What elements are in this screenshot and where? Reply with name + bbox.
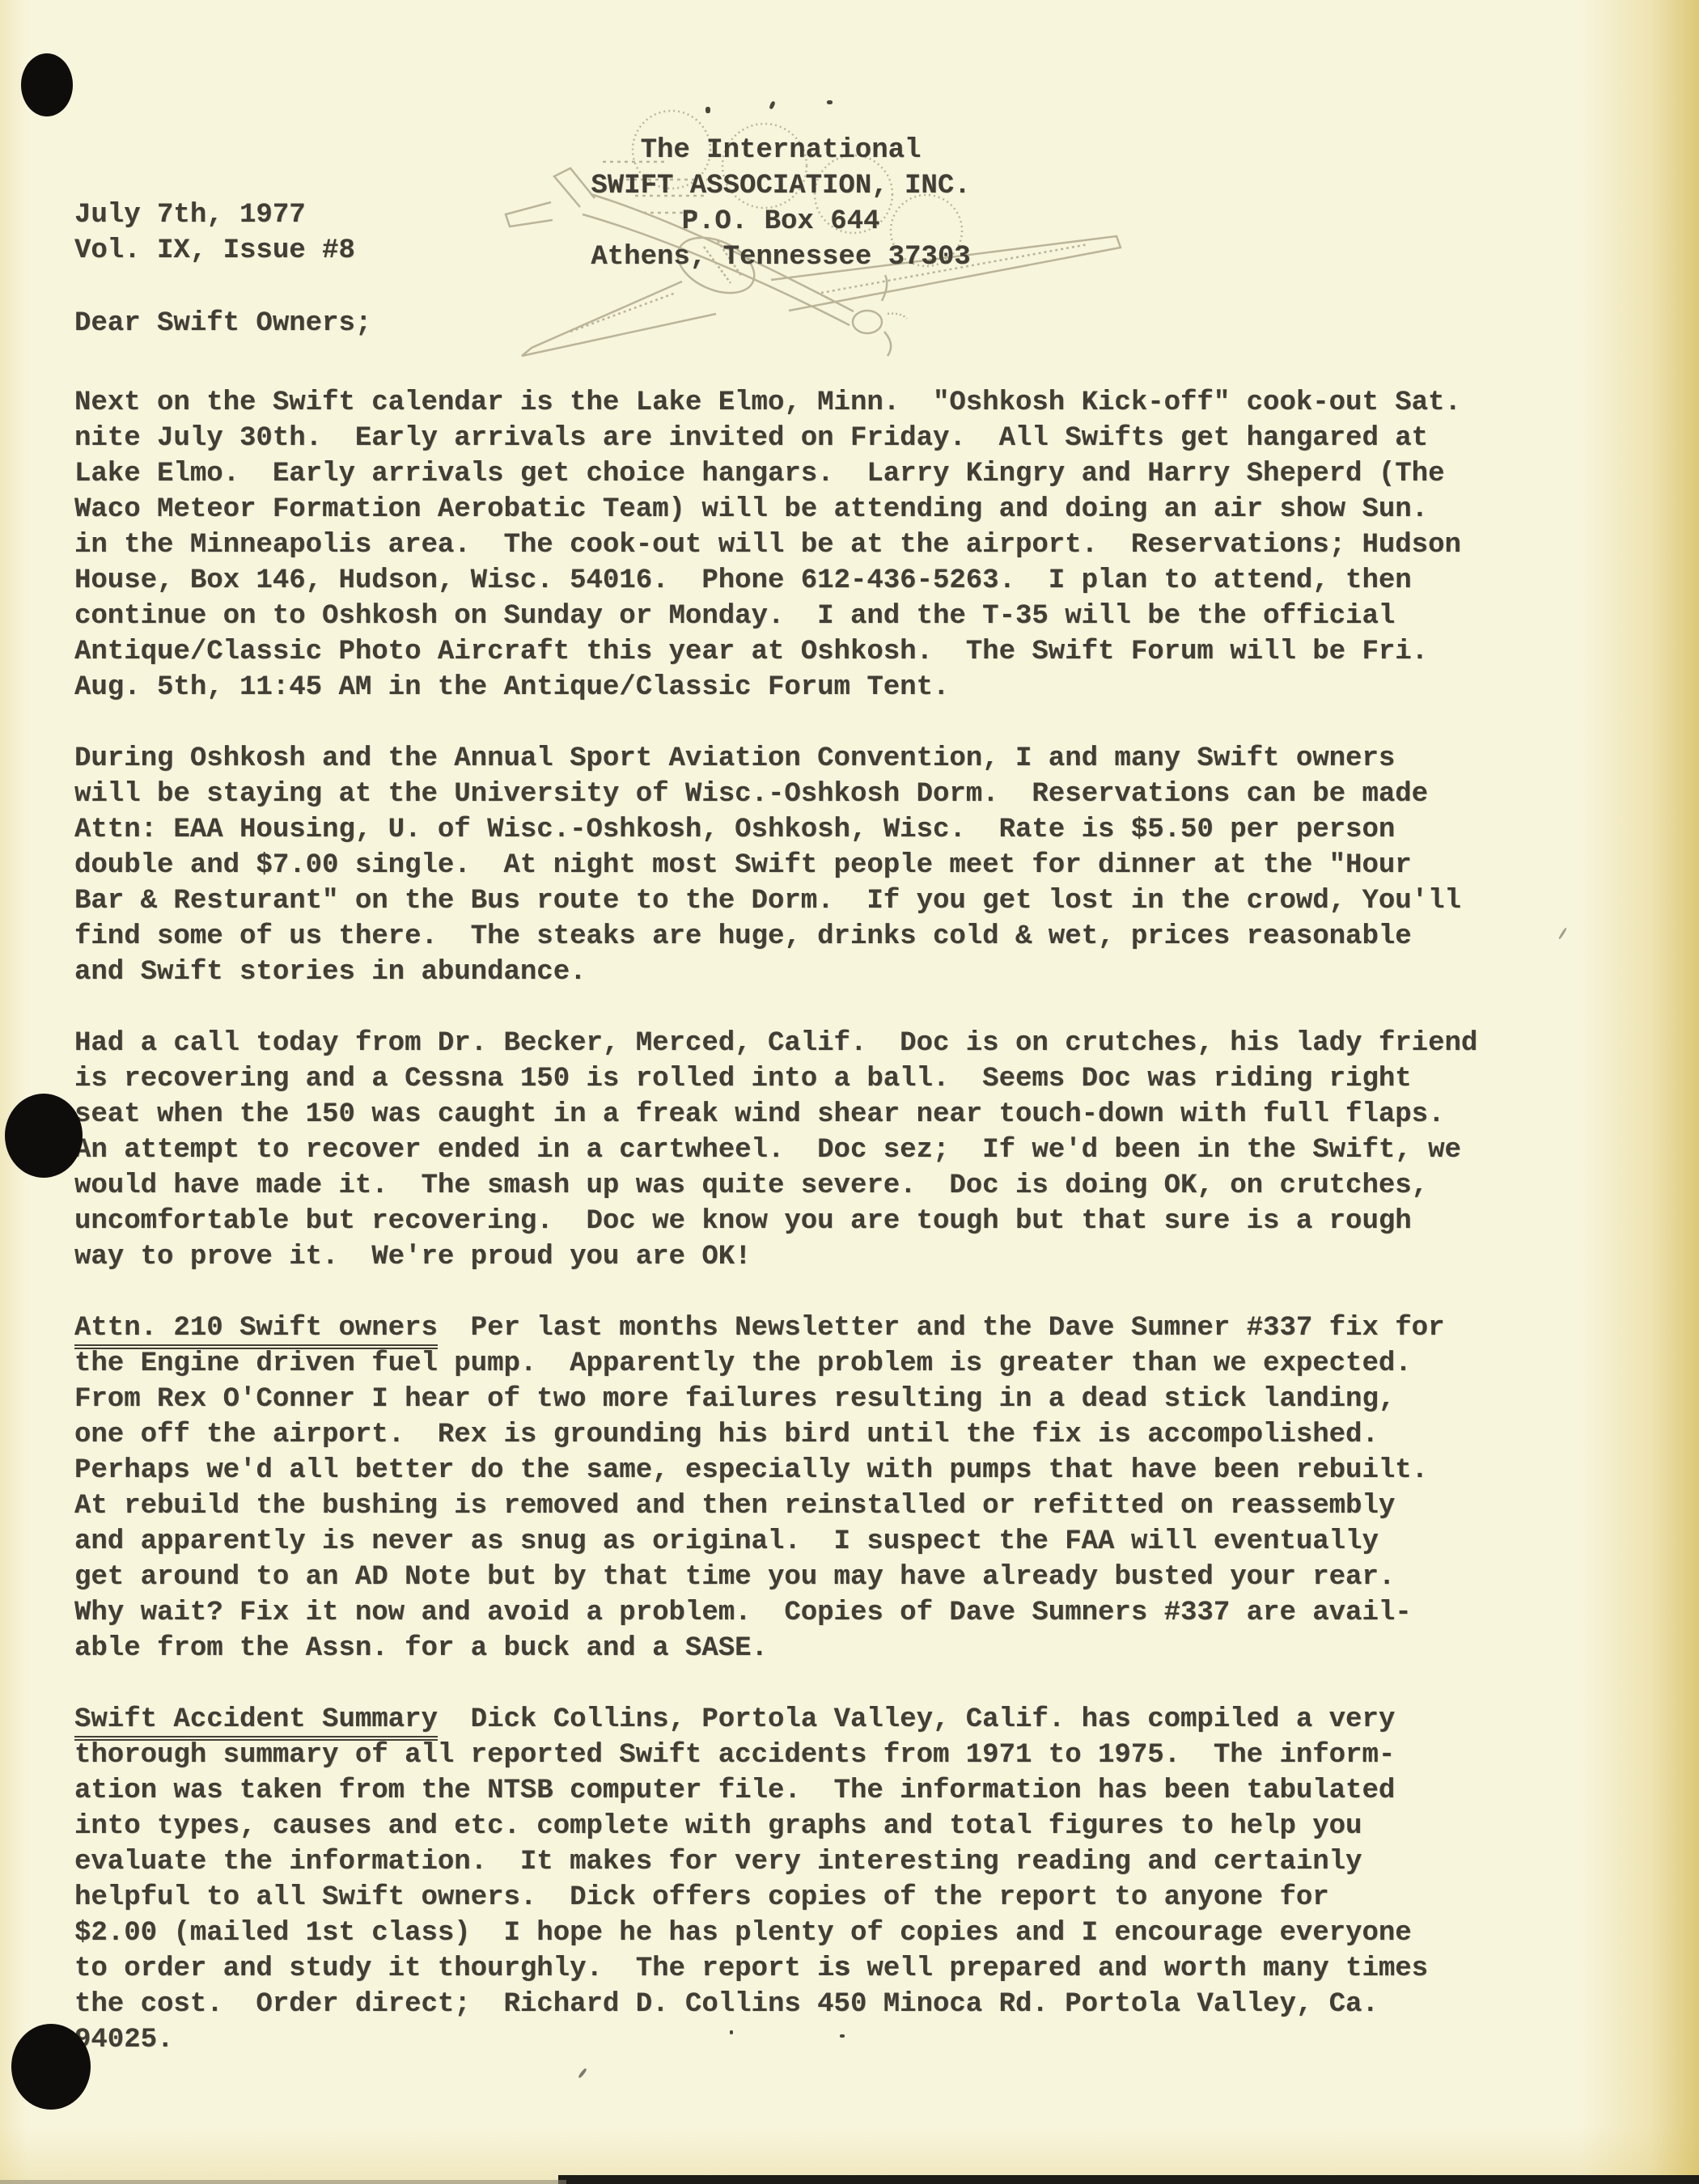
text-segment: 94025. [74,2025,173,2055]
ink-speck [827,100,833,104]
text-line: able from the Assn. for a buck and a SAS… [74,1631,1477,1666]
text-segment: well prepared and worth many times [850,1953,1428,1984]
text-segment: and apparently is never as snug as origi… [74,1526,1379,1557]
text-segment: Antique/Classic Photo Aircraft this year… [74,637,1428,667]
text-line: and Swift stories in abundance. [74,954,1477,990]
text-line: seat when the 150 was caught in a freak … [74,1097,1477,1132]
text-line: Perhaps we'd all better do the same, esp… [74,1453,1477,1488]
newsletter-page: July 7th, 1977 Vol. IX, Issue #8 The Int… [0,0,1699,2184]
text-line: thorough summary of all reported Swift a… [74,1737,1477,1773]
text-line: During Oshkosh and the Annual Sport Avia… [74,741,1477,777]
text-line: is recovering and a Cessna 150 is rolled… [74,1061,1477,1097]
text-segment: able from the Assn. for a buck and a SAS… [74,1633,768,1664]
text-segment: Attn: EAA Housing, U. of Wisc.-Oshkosh, … [74,815,1395,845]
text-segment: thorough summary of all reported Swift a… [74,1740,1395,1771]
hole-punch-middle [5,1094,83,1178]
text-line: get around to an AD Note but by that tim… [74,1560,1477,1595]
volume-issue: Vol. IX, Issue #8 [74,233,355,269]
issue-date: July 7th, 1977 [74,197,355,233]
text-line: ation was taken from the NTSB computer f… [74,1773,1477,1809]
text-line: and apparently is never as snug as origi… [74,1524,1477,1560]
text-line: Lake Elmo. Early arrivals get choice han… [74,456,1477,492]
text-segment: Per last months Newsletter and the Dave … [438,1313,1445,1344]
paragraph: Attn. 210 Swift owners Per last months N… [74,1310,1477,1666]
text-segment: Had a call today from Dr. Becker, Merced… [74,1028,1477,1059]
paragraph: Swift Accident Summary Dick Collins, Por… [74,1702,1477,2058]
text-line: Attn: EAA Housing, U. of Wisc.-Oshkosh, … [74,812,1477,848]
section-heading: Attn. 210 Swift owners [74,1313,438,1349]
text-line: way to prove it. We're proud you are OK! [74,1239,1477,1275]
text-segment: An attempt to recover ended in a cartwhe… [74,1135,1461,1166]
text-segment: get around to an AD Note but by that tim… [74,1562,1395,1593]
text-line: the Engine driven fuel pump. Apparently … [74,1346,1477,1382]
text-line: to order and study it thourghly. The rep… [74,1951,1477,1987]
text-segment: At rebuild the bushing is removed and th… [74,1491,1395,1522]
text-line: Had a call today from Dr. Becker, Merced… [74,1026,1477,1061]
text-segment: will be staying at the University of Wis… [74,779,1428,810]
section-heading: Swift Accident Summary [74,1704,438,1741]
paragraph: Next on the Swift calendar is the Lake E… [74,385,1477,705]
text-line: uncomfortable but recovering. Doc we kno… [74,1204,1477,1239]
text-line: $2.00 (mailed 1st class) I hope he has p… [74,1915,1477,1951]
scan-edge-strip [558,2175,1699,2184]
text-line: double and $7.00 single. At night most S… [74,848,1477,883]
scan-edge-yellowing-left [0,0,28,2184]
text-segment: in the Minneapolis area. The cook-out wi… [74,530,1461,561]
text-segment: would have made it. The smash up was qui… [74,1170,1428,1201]
text-segment: and Swift stories in abundance. [74,957,587,988]
text-line: the cost. Order direct; Richard D. Colli… [74,1987,1477,2022]
text-segment: uncomfortable but recovering. Doc we kno… [74,1206,1412,1237]
paragraph: During Oshkosh and the Annual Sport Avia… [74,741,1477,990]
text-line: helpful to all Swift owners. Dick offers… [74,1880,1477,1915]
text-line: into types, causes and etc. complete wit… [74,1809,1477,1844]
text-line: At rebuild the bushing is removed and th… [74,1488,1477,1524]
hole-punch-top [21,53,73,116]
text-line: Why wait? Fix it now and avoid a problem… [74,1595,1477,1631]
text-segment: the Engine driven fuel pump. Apparently … [74,1348,1412,1379]
text-line: Bar & Resturant" on the Bus route to the… [74,883,1477,919]
text-segment: evaluate the information. It makes for v… [74,1847,1362,1877]
text-line: in the Minneapolis area. The cook-out wi… [74,527,1477,563]
text-line: Attn. 210 Swift owners Per last months N… [74,1310,1477,1346]
text-line: Antique/Classic Photo Aircraft this year… [74,634,1477,670]
text-segment: Waco Meteor Formation Aerobatic Team) wi… [74,494,1428,525]
text-segment: is recovering and a Cessna 150 is rolled… [74,1064,1412,1094]
text-segment: to order and study it thourghly. The rep… [74,1953,817,1984]
text-segment: From Rex O'Conner I hear of two more fai… [74,1384,1395,1415]
text-segment: Dick Collins, Portola Valley, Calif. has… [438,1704,1395,1735]
text-line: nite July 30th. Early arrivals are invit… [74,421,1477,456]
text-segment: find some of us there. The steaks are hu… [74,921,1412,952]
text-line: Swift Accident Summary Dick Collins, Por… [74,1702,1477,1737]
text-segment: Bar & Resturant" on the Bus route to the… [74,886,1461,916]
text-line: one off the airport. Rex is grounding hi… [74,1417,1477,1453]
org-address-line2: Athens, Tennessee 37303 [591,239,970,275]
text-line: find some of us there. The steaks are hu… [74,919,1477,954]
ink-speck [1558,927,1567,939]
body-text: Next on the Swift calendar is the Lake E… [74,385,1477,2093]
ink-speck [705,107,710,113]
text-segment: helpful to all Swift owners. Dick offers… [74,1882,1329,1913]
text-segment: ation was taken from the NTSB computer f… [74,1776,1395,1806]
text-line: An attempt to recover ended in a cartwhe… [74,1132,1477,1168]
scan-edge-yellowing-right [1578,0,1699,2184]
salutation: Dear Swift Owners; [74,306,371,341]
text-segment: continue on to Oshkosh on Sunday or Mond… [74,601,1395,632]
text-segment: double and $7.00 single. At night most S… [74,850,1412,881]
text-segment: Next on the Swift calendar is the Lake E… [74,387,1461,418]
paragraph: Had a call today from Dr. Becker, Merced… [74,1026,1477,1275]
text-segment: During Oshkosh and the Annual Sport Avia… [74,743,1395,774]
ink-speck [840,2034,845,2038]
text-segment: way to prove it. We're proud you are OK! [74,1242,752,1272]
text-line: will be staying at the University of Wis… [74,777,1477,812]
text-segment: seat when the 150 was caught in a freak … [74,1099,1444,1130]
text-line: evaluate the information. It makes for v… [74,1844,1477,1880]
text-segment: Aug. 5th, 11:45 AM in the Antique/Classi… [74,672,949,703]
masthead-date-block: July 7th, 1977 Vol. IX, Issue #8 [74,197,355,269]
text-segment: the cost. Order direct; Richard D. Colli… [74,1989,1379,2020]
text-segment: nite July 30th. Early arrivals are invit… [74,423,1428,454]
hole-punch-bottom [11,2024,91,2110]
text-line: House, Box 146, Hudson, Wisc. 54016. Pho… [74,563,1477,599]
text-segment: is [817,1953,850,1984]
text-segment: into types, causes and etc. complete wit… [74,1811,1362,1842]
text-line: Next on the Swift calendar is the Lake E… [74,385,1477,421]
text-line: 94025. [74,2022,1477,2058]
text-segment: Why wait? Fix it now and avoid a problem… [74,1598,1412,1628]
org-name-line2: SWIFT ASSOCIATION, INC. [591,168,970,204]
text-line: Waco Meteor Formation Aerobatic Team) wi… [74,492,1477,527]
text-segment: one off the airport. Rex is grounding hi… [74,1420,1379,1450]
text-segment: $2.00 (mailed 1st class) I hope he has p… [74,1918,1412,1949]
text-line: continue on to Oshkosh on Sunday or Mond… [74,599,1477,634]
text-segment: Perhaps we'd all better do the same, esp… [74,1455,1428,1486]
org-address-line1: P.O. Box 644 [591,204,970,239]
text-segment: Lake Elmo. Early arrivals get choice han… [74,459,1444,489]
scan-edge-strip [0,2180,566,2184]
ink-speck [730,2030,733,2034]
text-line: would have made it. The smash up was qui… [74,1168,1477,1204]
org-name-line1: The International [591,133,970,168]
text-segment: House, Box 146, Hudson, Wisc. 54016. Pho… [74,565,1412,596]
masthead-org-block: The International SWIFT ASSOCIATION, INC… [591,133,970,275]
text-line: From Rex O'Conner I hear of two more fai… [74,1382,1477,1417]
text-line: Aug. 5th, 11:45 AM in the Antique/Classi… [74,670,1477,705]
